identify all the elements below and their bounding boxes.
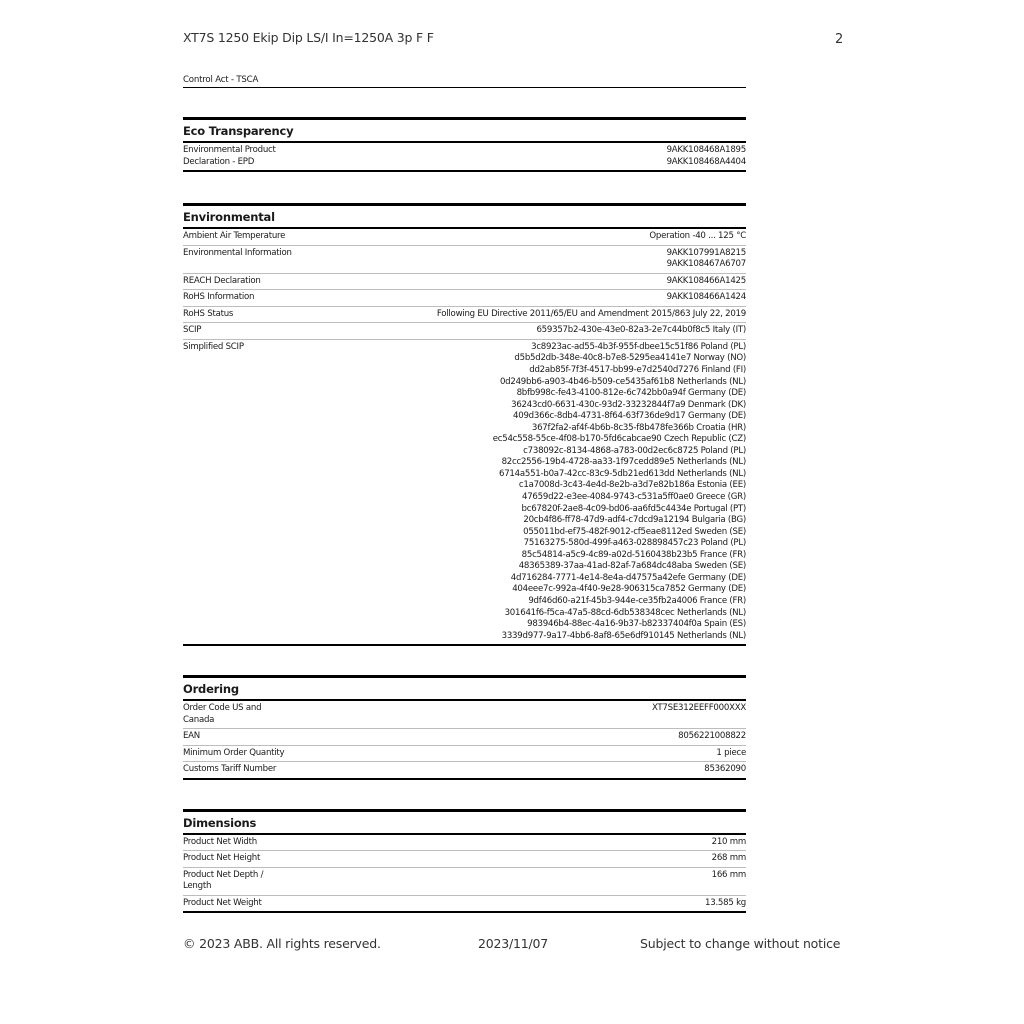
spec-value-line: d5b5d2db-348e-40c8-b7e8-5295ea4141e7 Nor… [493,353,746,365]
spec-label: RoHS Information [183,292,293,304]
spec-row: Product Net Width210 mm [183,835,746,852]
spec-value-line: Following EU Directive 2011/65/EU and Am… [437,309,746,321]
spec-row: Customs Tariff Number85362090 [183,762,746,780]
spec-value: 1 piece [716,748,746,760]
spec-value-line: 20cb4f86-ff78-47d9-adf4-c7dcd9a12194 Bul… [493,515,746,527]
spec-row: Environmental Information9AKK107991A8215… [183,246,746,274]
spec-value: Following EU Directive 2011/65/EU and Am… [437,309,746,321]
spec-value-line: 659357b2-430e-43e0-82a3-2e7c44b0f8c5 Ita… [536,325,746,337]
section-title: Ordering [183,678,746,701]
footer-copyright: © 2023 ABB. All rights reserved. [183,936,381,951]
spec-label: REACH Declaration [183,276,293,288]
spec-value-line: 367f2fa2-af4f-4b6b-8c35-f8b478fe366b Cro… [493,423,746,435]
spec-value-line: 409d366c-8db4-4731-8f64-63f736de9d17 Ger… [493,411,746,423]
spec-row: RoHS StatusFollowing EU Directive 2011/6… [183,307,746,324]
spec-value: 9AKK108466A1424 [667,292,746,304]
spec-label: Order Code US and Canada [183,703,293,726]
spec-value-line: Operation -40 ... 125 °C [649,231,746,243]
spec-label: Product Net Weight [183,898,293,910]
spec-label: Ambient Air Temperature [183,231,293,243]
spec-label: SCIP [183,325,293,337]
spec-value: XT7SE312EEFF000XXX [652,703,746,726]
spec-value-line: 36243cd0-6631-430c-93d2-33232844f7a9 Den… [493,400,746,412]
spec-value-line: 268 mm [712,853,746,865]
spec-label: EAN [183,731,293,743]
spec-rows: Ambient Air TemperatureOperation -40 ...… [183,229,746,646]
spec-value-line: 301641f6-f5ca-47a5-88cd-6db538348cec Net… [493,608,746,620]
spec-value-line: 75163275-580d-499f-a463-028898457c23 Pol… [493,538,746,550]
spec-value: 659357b2-430e-43e0-82a3-2e7c44b0f8c5 Ita… [536,325,746,337]
spec-label: Product Net Depth / Length [183,870,293,893]
spec-row: Simplified SCIP3c8923ac-ad55-4b3f-955f-d… [183,340,746,646]
section-environmental: Environmental Ambient Air TemperatureOpe… [183,203,746,646]
spec-label: Simplified SCIP [183,342,293,642]
spec-value-line: bc67820f-2ae8-4c09-bd06-aa6fd5c4434e Por… [493,504,746,516]
page-number: 2 [835,32,843,47]
spec-row: SCIP659357b2-430e-43e0-82a3-2e7c44b0f8c5… [183,323,746,340]
spec-value-line: 0d249bb6-a903-4b46-b509-ce5435af61b8 Net… [493,377,746,389]
spec-label: Environmental Product Declaration - EPD [183,145,293,168]
spec-value-line: c738092c-8134-4868-a783-00d2ec6c8725 Pol… [493,446,746,458]
spec-value-line: 4d716284-7771-4e14-8e4a-d47575a42efe Ger… [493,573,746,585]
spec-value-line: 404eee7c-992a-4f40-9e28-906315ca7852 Ger… [493,584,746,596]
section-dimensions: Dimensions Product Net Width210 mmProduc… [183,809,746,914]
spec-rows: Environmental Product Declaration - EPD9… [183,143,746,172]
spec-value-line: 9AKK107991A8215 [667,248,746,260]
spec-value-line: 1 piece [716,748,746,760]
spec-value-line: 85362090 [704,764,746,776]
spec-row: Product Net Depth / Length166 mm [183,868,746,896]
spec-rows: Product Net Width210 mmProduct Net Heigh… [183,835,746,914]
spec-value-line: 9df46d60-a21f-45b3-944e-ce35fb2a4006 Fra… [493,596,746,608]
spec-row: Product Net Height268 mm [183,851,746,868]
spec-label: RoHS Status [183,309,293,321]
spec-value-line: 9AKK108466A1425 [667,276,746,288]
spec-value-line: 47659d22-e3ee-4084-9743-c531a5ff0ae0 Gre… [493,492,746,504]
section-eco-transparency: Eco Transparency Environmental Product D… [183,117,746,172]
spec-value: Operation -40 ... 125 °C [649,231,746,243]
footer-notice: Subject to change without notice [640,936,840,951]
spec-value: 13.585 kg [705,898,746,910]
spec-value-line: 210 mm [712,837,746,849]
section-ordering: Ordering Order Code US and CanadaXT7SE31… [183,675,746,780]
spec-value: 166 mm [712,870,746,893]
spec-row: REACH Declaration9AKK108466A1425 [183,274,746,291]
spec-rows: Order Code US and CanadaXT7SE312EEFF000X… [183,701,746,780]
section-title: Dimensions [183,812,746,835]
spec-row: Order Code US and CanadaXT7SE312EEFF000X… [183,701,746,729]
spec-row: Environmental Product Declaration - EPD9… [183,143,746,172]
spec-value-line: 85c54814-a5c9-4c89-a02d-5160438b23b5 Fra… [493,550,746,562]
spec-row: EAN8056221008822 [183,729,746,746]
spec-value-line: ec54c558-55ce-4f08-b170-5fd6cabcae90 Cze… [493,434,746,446]
spec-value-line: 9AKK108467A6707 [667,259,746,271]
spec-value: 210 mm [712,837,746,849]
spec-value-line: 3c8923ac-ad55-4b3f-955f-dbee15c51f86 Pol… [493,342,746,354]
spec-value-line: 6714a551-b0a7-42cc-83c9-5db21ed613dd Net… [493,469,746,481]
spec-value: 8056221008822 [678,731,746,743]
footer-date: 2023/11/07 [478,936,548,951]
spec-value-line: 9AKK108468A4404 [667,157,746,169]
section-title: Environmental [183,206,746,229]
spec-value-line: 9AKK108468A1895 [667,145,746,157]
spec-label: Customs Tariff Number [183,764,383,776]
spec-label: Environmental Information [183,248,293,271]
spec-value: 9AKK107991A82159AKK108467A6707 [667,248,746,271]
spec-label: Minimum Order Quantity [183,748,383,760]
spec-value-line: dd2ab85f-7f3f-4517-bb99-e7d2540d7276 Fin… [493,365,746,377]
spec-row: Ambient Air TemperatureOperation -40 ...… [183,229,746,246]
spec-value-line: 13.585 kg [705,898,746,910]
spec-value-line: 9AKK108466A1424 [667,292,746,304]
spec-value-line: 82cc2556-19b4-4728-aa33-1f97cedd89e5 Net… [493,457,746,469]
spec-value-line: 055011bd-ef75-482f-9012-cf5eae8112ed Swe… [493,527,746,539]
document-title: XT7S 1250 Ekip Dip LS/I In=1250A 3p F F [183,30,434,45]
spec-value-line: XT7SE312EEFF000XXX [652,703,746,715]
spec-row: Minimum Order Quantity1 piece [183,746,746,763]
section-title: Eco Transparency [183,120,746,143]
spec-value: 9AKK108466A1425 [667,276,746,288]
spec-value: 3c8923ac-ad55-4b3f-955f-dbee15c51f86 Pol… [493,342,746,642]
spec-label: Product Net Width [183,837,293,849]
spec-value: 85362090 [704,764,746,776]
spec-row: RoHS Information9AKK108466A1424 [183,290,746,307]
spec-value-line: 8bfb998c-fe43-4100-812e-6c742bb0a94f Ger… [493,388,746,400]
carryover-row-label: Control Act - TSCA [183,74,746,88]
spec-value-line: 983946b4-88ec-4a16-9b37-b82337404f0a Spa… [493,619,746,631]
spec-value-line: 3339d977-9a17-4bb6-8af8-65e6df910145 Net… [493,631,746,643]
spec-value-line: 166 mm [712,870,746,882]
spec-row: Product Net Weight13.585 kg [183,896,746,914]
spec-value: 268 mm [712,853,746,865]
spec-value-line: c1a7008d-3c43-4e4d-8e2b-a3d7e82b186a Est… [493,480,746,492]
spec-label: Product Net Height [183,853,293,865]
document-body: Control Act - TSCA Eco Transparency Envi… [183,74,746,913]
spec-value-line: 48365389-37aa-41ad-82af-7a684dc48aba Swe… [493,561,746,573]
spec-value-line: 8056221008822 [678,731,746,743]
spec-value: 9AKK108468A18959AKK108468A4404 [667,145,746,168]
